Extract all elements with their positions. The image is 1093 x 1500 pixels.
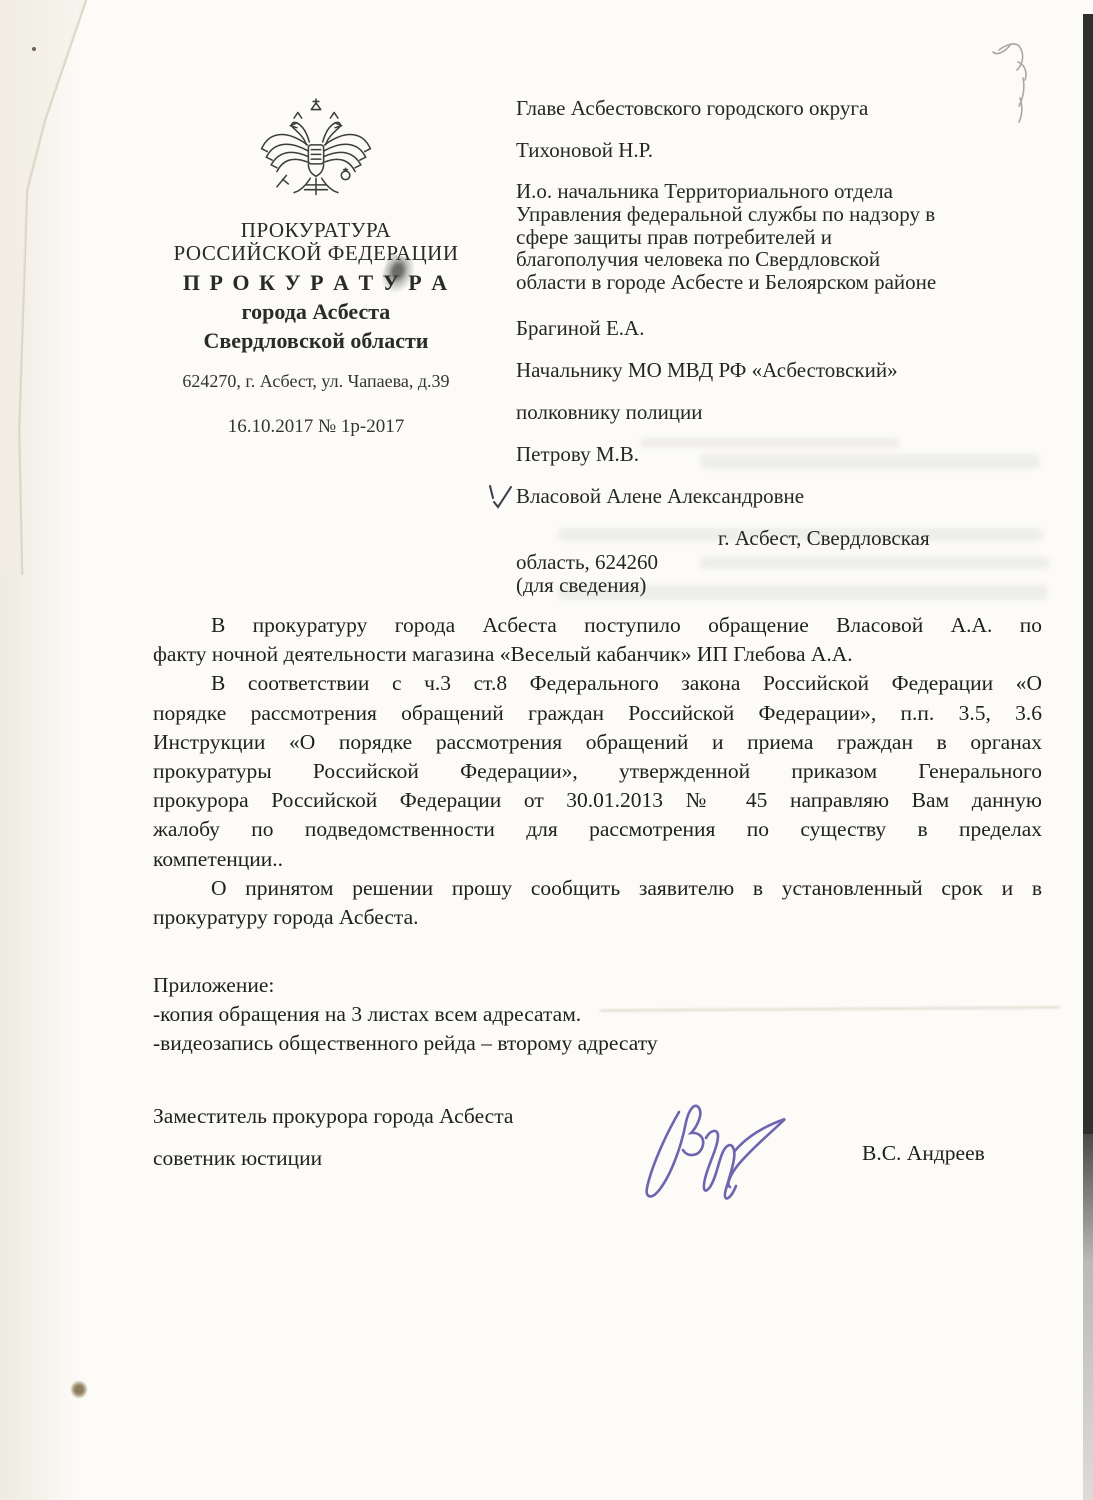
handwritten-signature: [633, 1082, 798, 1227]
recipient-2-title-line: сфере защиты прав потребителей и: [516, 226, 1024, 249]
attachments-block: Приложение: -копия обращения на 3 листах…: [153, 971, 903, 1059]
body-line: компетенции..: [153, 845, 1042, 874]
letterhead: ПРОКУРАТУРА РОССИЙСКОЙ ФЕДЕРАЦИИ П Р О К…: [150, 96, 482, 438]
recipients-block: Главе Асбестовского городского округа Ти…: [516, 96, 1024, 597]
checkmark-annotation: [482, 480, 514, 520]
recipient-4-address-line2: область, 624260: [516, 551, 1024, 574]
paper-left-edge-shadow: [0, 0, 95, 1500]
recipient-1-title: Главе Асбестовского городского округа: [516, 96, 1024, 121]
org-city-line: города Асбеста: [150, 299, 482, 325]
body-line: прокуратуры Российской Федерации», утвер…: [153, 757, 1042, 786]
body-line: порядке рассмотрения обращений граждан Р…: [153, 699, 1042, 728]
recipient-4-name: Власовой Алене Александровне: [516, 484, 1024, 509]
recipient-4-address-line1: г. Асбест, Свердловская: [516, 526, 1024, 551]
signer-position-line1: Заместитель прокурора города Асбеста: [153, 1104, 653, 1129]
body-line: Инструкции «О порядке рассмотрения обращ…: [153, 728, 1042, 757]
body-line: О принятом решении прошу сообщить заявит…: [153, 874, 1042, 903]
letter-date-number: 16.10.2017 № 1р-2017: [150, 416, 482, 438]
recipient-3-rank: полковнику полиции: [516, 400, 1024, 425]
scan-border-right-dark: [1083, 14, 1093, 1134]
org-name-emphasis: П Р О К У Р А Т У Р А: [150, 270, 482, 296]
scanned-letter-page: ПРОКУРАТУРА РОССИЙСКОЙ ФЕДЕРАЦИИ П Р О К…: [0, 0, 1093, 1500]
org-name-line2: РОССИЙСКОЙ ФЕДЕРАЦИИ: [150, 242, 482, 265]
body-line: В прокуратуру города Асбеста поступило о…: [153, 611, 1042, 640]
org-name-line1: ПРОКУРАТУРА: [150, 219, 482, 242]
org-region-line: Свердловской области: [150, 328, 482, 354]
attachments-title: Приложение:: [153, 971, 903, 1000]
signer-name: В.С. Андреев: [862, 1141, 985, 1166]
body-line: В соответствии с ч.3 ст.8 Федерального з…: [153, 669, 1042, 698]
letter-body: В прокуратуру города Асбеста поступило о…: [153, 611, 1042, 932]
recipient-1-name: Тихоновой Н.Р.: [516, 138, 1024, 163]
signoff-block: Заместитель прокурора города Асбеста сов…: [153, 1104, 653, 1171]
attachment-item: -копия обращения на 3 листах всем адреса…: [153, 1000, 903, 1029]
recipient-3-title: Начальнику МО МВД РФ «Асбестовский»: [516, 358, 1024, 383]
recipient-2-name: Брагиной Е.А.: [516, 316, 1024, 341]
recipient-2-title-line: И.о. начальника Территориального отдела: [516, 180, 1024, 203]
recipient-3-name: Петрову М.В.: [516, 442, 1024, 467]
recipient-2-title-line: Управления федеральной службы по надзору…: [516, 203, 1024, 226]
body-line: прокурора Российской Федерации от 30.01.…: [153, 786, 1042, 815]
scan-border-right-fade: [1083, 1134, 1093, 1500]
body-line: жалобу по подведомственности для рассмот…: [153, 815, 1042, 844]
signer-position-line2: советник юстиции: [153, 1146, 653, 1171]
org-address: 624270, г. Асбест, ул. Чапаева, д.39: [150, 371, 482, 392]
paper-speck: [32, 47, 36, 51]
recipient-2-title-line: области в городе Асбесте и Белоярском ра…: [516, 271, 1024, 294]
body-line: факту ночной деятельности магазина «Весе…: [153, 640, 1042, 669]
recipient-2-title-line: благополучия человека по Свердловской: [516, 248, 1024, 271]
recipient-4-note: (для сведения): [516, 574, 1024, 597]
coat-of-arms-emblem: [254, 96, 378, 213]
body-line: прокуратуру города Асбеста.: [153, 903, 1042, 932]
stain-dot: [71, 1381, 87, 1398]
attachment-item: -видеозапись общественного рейда – второ…: [153, 1029, 903, 1058]
